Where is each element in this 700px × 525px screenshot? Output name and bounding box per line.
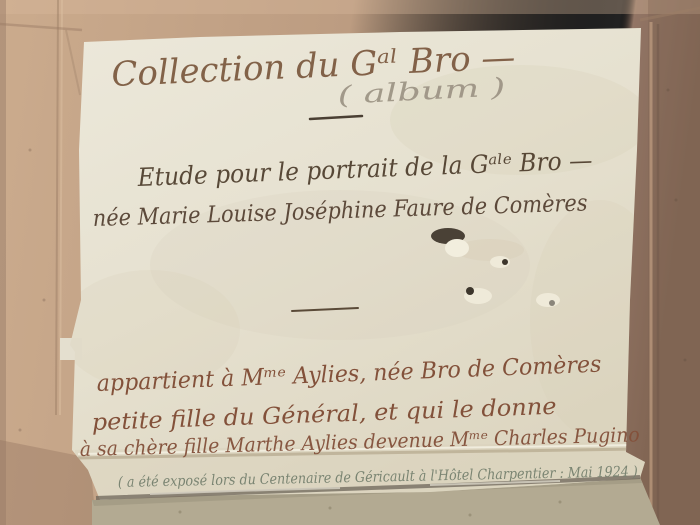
damage-white-patch: [536, 293, 560, 307]
speck: [43, 299, 46, 302]
damage-dark-speck: [502, 259, 508, 265]
speck: [675, 199, 678, 202]
damage-white-patch: [445, 239, 469, 257]
board-speck: [179, 511, 182, 514]
speck: [29, 149, 32, 152]
damage-gray-speck: [549, 300, 555, 306]
speck: [19, 429, 22, 432]
board-speck: [329, 507, 332, 510]
cardboard-right-dark-band: [648, 0, 700, 525]
board-speck: [559, 501, 562, 504]
speck: [684, 359, 687, 362]
speck: [667, 89, 670, 92]
damage-dark-speck: [466, 287, 474, 295]
photo-canvas: Collection du Gᵃˡ Bro — ( album ) Etude …: [0, 0, 700, 525]
cardboard-top-light-edge: [0, 0, 700, 14]
board-speck: [469, 514, 472, 517]
photograph-of-handwritten-collection-label: Collection du Gᵃˡ Bro — ( album ) Etude …: [0, 0, 700, 525]
